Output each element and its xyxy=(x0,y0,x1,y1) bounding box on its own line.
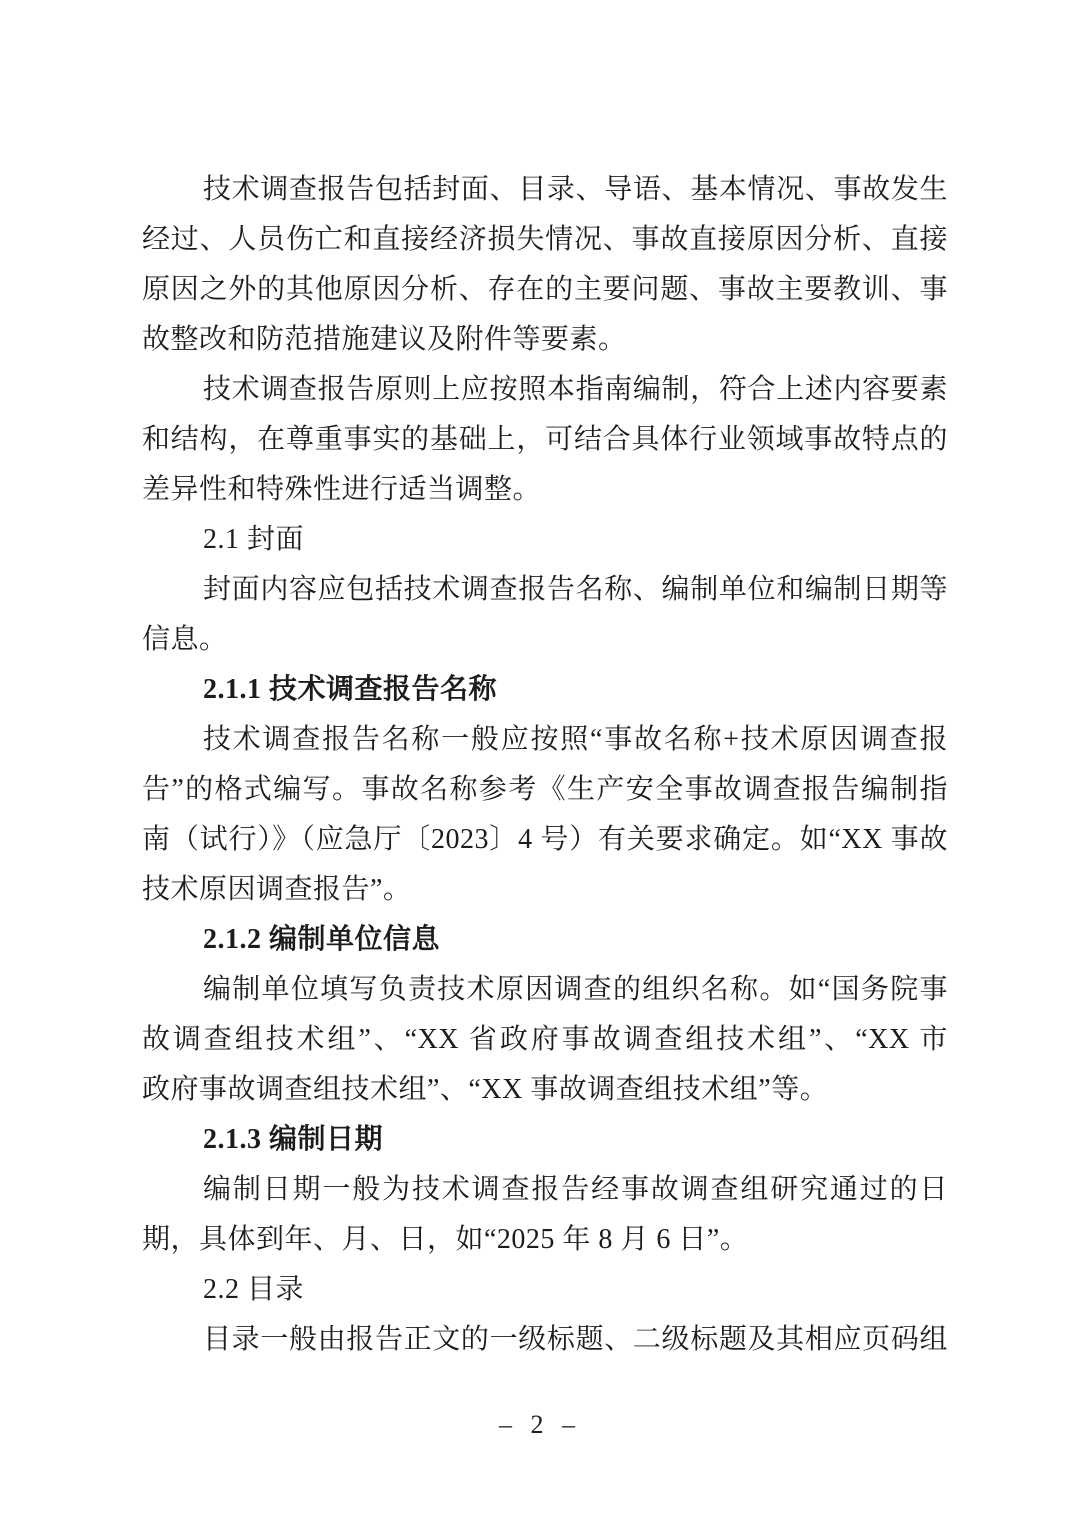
paragraph-line: 告”的格式编写。事故名称参考《生产安全事故调查报告编制指 xyxy=(142,765,948,815)
paragraph-line: 故调查组技术组”、“XX 省政府事故调查组技术组”、“XX 市 xyxy=(142,1015,948,1065)
section-heading-2-2: 2.2 目录 xyxy=(142,1265,948,1315)
page-number: – 2 – xyxy=(0,1405,1080,1445)
document-body: 技术调查报告包括封面、目录、导语、基本情况、事故发生 经过、人员伤亡和直接经济损… xyxy=(142,165,948,1365)
paragraph-line: 经过、人员伤亡和直接经济损失情况、事故直接原因分析、直接 xyxy=(142,215,948,265)
paragraph-line: 政府事故调查组技术组”、“XX 事故调查组技术组”等。 xyxy=(142,1065,948,1115)
paragraph-line: 编制日期一般为技术调查报告经事故调查组研究通过的日 xyxy=(142,1165,948,1215)
paragraph-line: 封面内容应包括技术调查报告名称、编制单位和编制日期等 xyxy=(142,565,948,615)
paragraph-line: 技术调查报告包括封面、目录、导语、基本情况、事故发生 xyxy=(142,165,948,215)
paragraph-line: 南（试行）》（应急厅〔2023〕4 号）有关要求确定。如“XX 事故 xyxy=(142,815,948,865)
section-heading-2-1-2: 2.1.2 编制单位信息 xyxy=(142,915,948,965)
paragraph-line: 差异性和特殊性进行适当调整。 xyxy=(142,465,948,515)
paragraph-line: 故整改和防范措施建议及附件等要素。 xyxy=(142,315,948,365)
paragraph-line: 目录一般由报告正文的一级标题、二级标题及其相应页码组 xyxy=(142,1315,948,1365)
paragraph-line: 技术调查报告原则上应按照本指南编制，符合上述内容要素 xyxy=(142,365,948,415)
paragraph-line: 信息。 xyxy=(142,615,948,665)
paragraph-line: 编制单位填写负责技术原因调查的组织名称。如“国务院事 xyxy=(142,965,948,1015)
section-heading-2-1-3: 2.1.3 编制日期 xyxy=(142,1115,948,1165)
paragraph-line: 技术原因调查报告”。 xyxy=(142,865,948,915)
section-heading-2-1: 2.1 封面 xyxy=(142,515,948,565)
paragraph-line: 原因之外的其他原因分析、存在的主要问题、事故主要教训、事 xyxy=(142,265,948,315)
paragraph-line: 和结构，在尊重事实的基础上，可结合具体行业领域事故特点的 xyxy=(142,415,948,465)
paragraph-line: 期，具体到年、月、日，如“2025 年 8 月 6 日”。 xyxy=(142,1215,948,1265)
paragraph-line: 技术调查报告名称一般应按照“事故名称+技术原因调查报 xyxy=(142,715,948,765)
section-heading-2-1-1: 2.1.1 技术调查报告名称 xyxy=(142,665,948,715)
document-page: 技术调查报告包括封面、目录、导语、基本情况、事故发生 经过、人员伤亡和直接经济损… xyxy=(0,0,1080,1526)
